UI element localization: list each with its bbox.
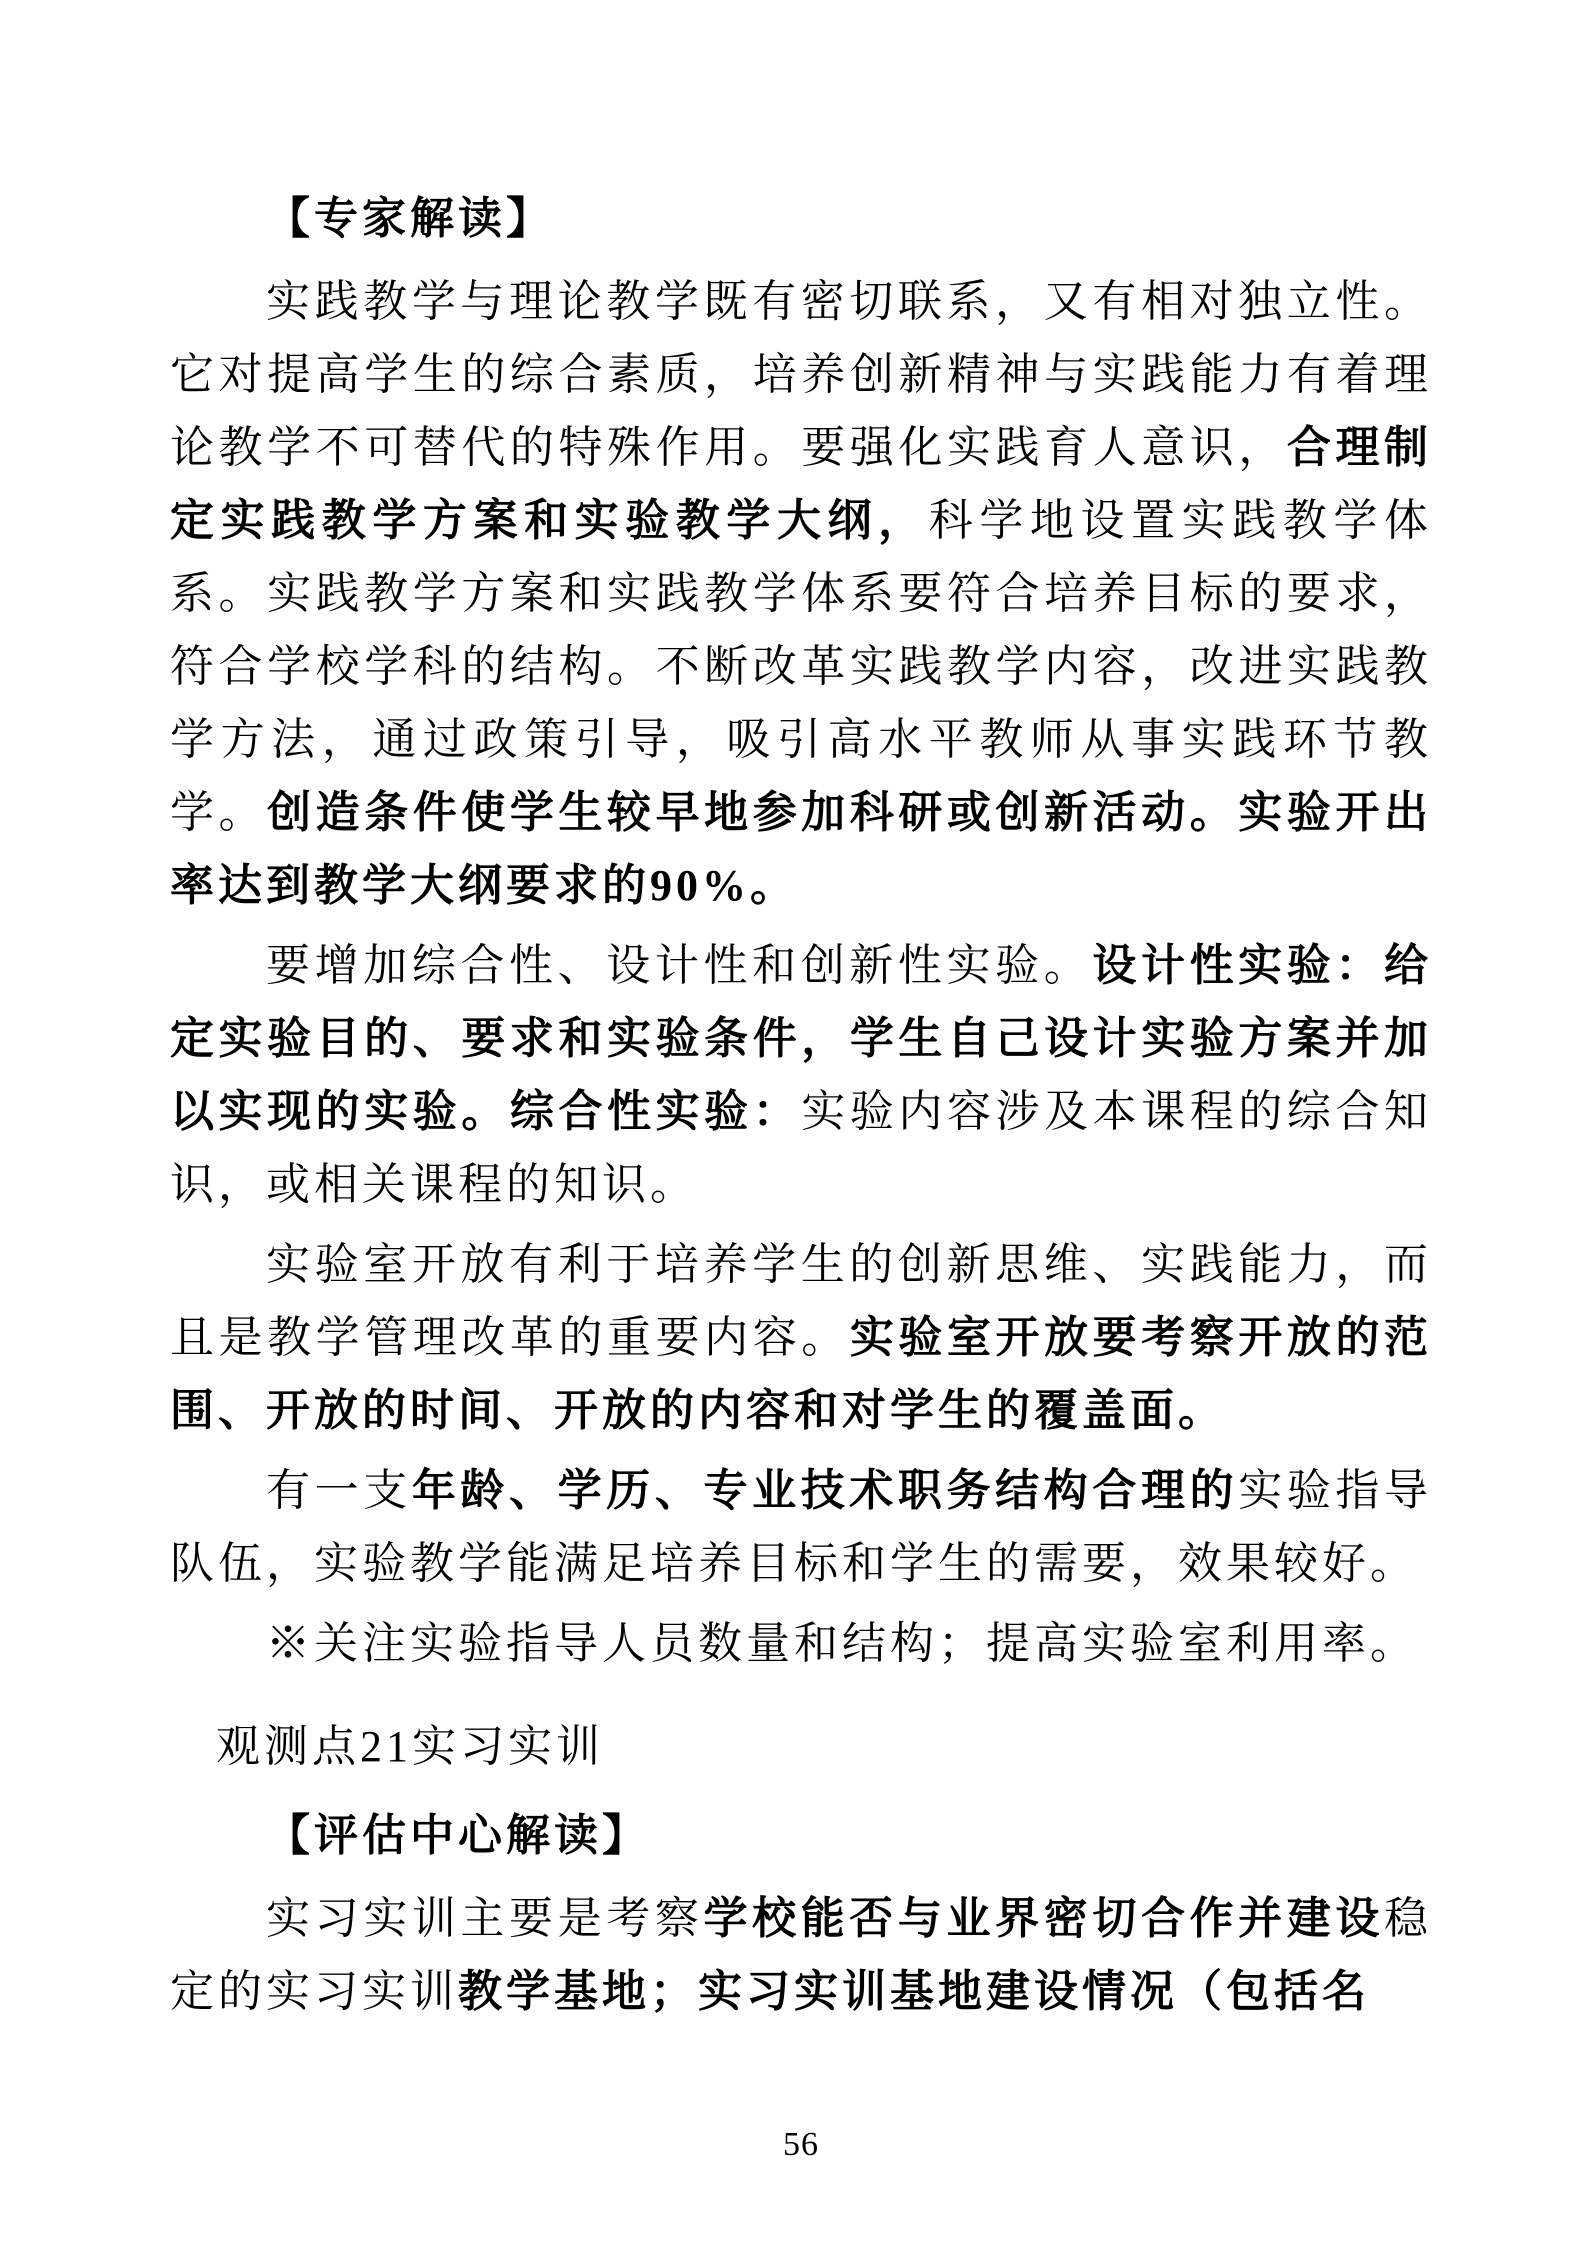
paragraph-lab-opening: 实验室开放有利于培养学生的创新思维、实践能力，而且是教学管理改革的重要内容。实验… <box>170 1228 1432 1447</box>
text-run-bold: 学校能否与业界密切合作并建设 <box>703 1894 1384 1943</box>
paragraph-experiment-types: 要增加综合性、设计性和创新性实验。设计性实验：给定实验目的、要求和实验条件，学生… <box>170 929 1432 1221</box>
text-run-bold: 年龄、学历、专业技术职务结构合理的 <box>412 1466 1238 1515</box>
paragraph-internship-training: 实习实训主要是考察学校能否与业界密切合作并建设稳定的实习实训教学基地；实习实训基… <box>170 1882 1432 2028</box>
text-run: 观测点21实习实训 <box>216 1722 604 1771</box>
text-run: 实践教学与理论教学既有密切联系，又有相对独立性。它对提高学生的综合素质，培养创新… <box>170 277 1432 472</box>
page-number: 56 <box>170 2126 1432 2164</box>
paragraph-guidance-team: 有一支年龄、学历、专业技术职务结构合理的实验指导队伍，实验教学能满足培养目标和学… <box>170 1454 1432 1600</box>
text-run: 要增加综合性、设计性和创新性实验。 <box>266 941 1092 990</box>
text-run: 有一支 <box>266 1466 412 1515</box>
paragraph-practice-teaching: 实践教学与理论教学既有密切联系，又有相对独立性。它对提高学生的综合素质，培养创新… <box>170 265 1432 922</box>
text-run-bold: 创造条件使学生较早地参加科研或创新活动。实验开出率达到教学大纲要求的90%。 <box>170 788 1432 910</box>
expert-interpretation-heading: 【专家解读】 <box>170 182 1432 255</box>
text-run: ※关注实验指导人员数量和结构；提高实验室利用率。 <box>266 1619 1418 1668</box>
text-run: 实习实训主要是考察 <box>266 1894 703 1943</box>
observation-point-heading: 观测点21实习实训 <box>170 1710 1432 1783</box>
text-run-bold: 【专家解读】 <box>266 194 554 243</box>
text-run-bold: 教学基地；实习实训基地建设情况（包括名 <box>458 1967 1370 2016</box>
paragraph-note: ※关注实验指导人员数量和结构；提高实验室利用率。 <box>170 1607 1432 1680</box>
document-page: 【专家解读】实践教学与理论教学既有密切联系，又有相对独立性。它对提高学生的综合素… <box>0 0 1587 2245</box>
text-run-bold: 【评估中心解读】 <box>266 1811 650 1860</box>
evaluation-center-heading: 【评估中心解读】 <box>170 1799 1432 1872</box>
text-run: 科学地设置实践教学体系。实践教学方案和实践教学体系要符合培养目标的要求，符合学校… <box>170 496 1432 837</box>
document-body: 【专家解读】实践教学与理论教学既有密切联系，又有相对独立性。它对提高学生的综合素… <box>170 182 1432 2035</box>
